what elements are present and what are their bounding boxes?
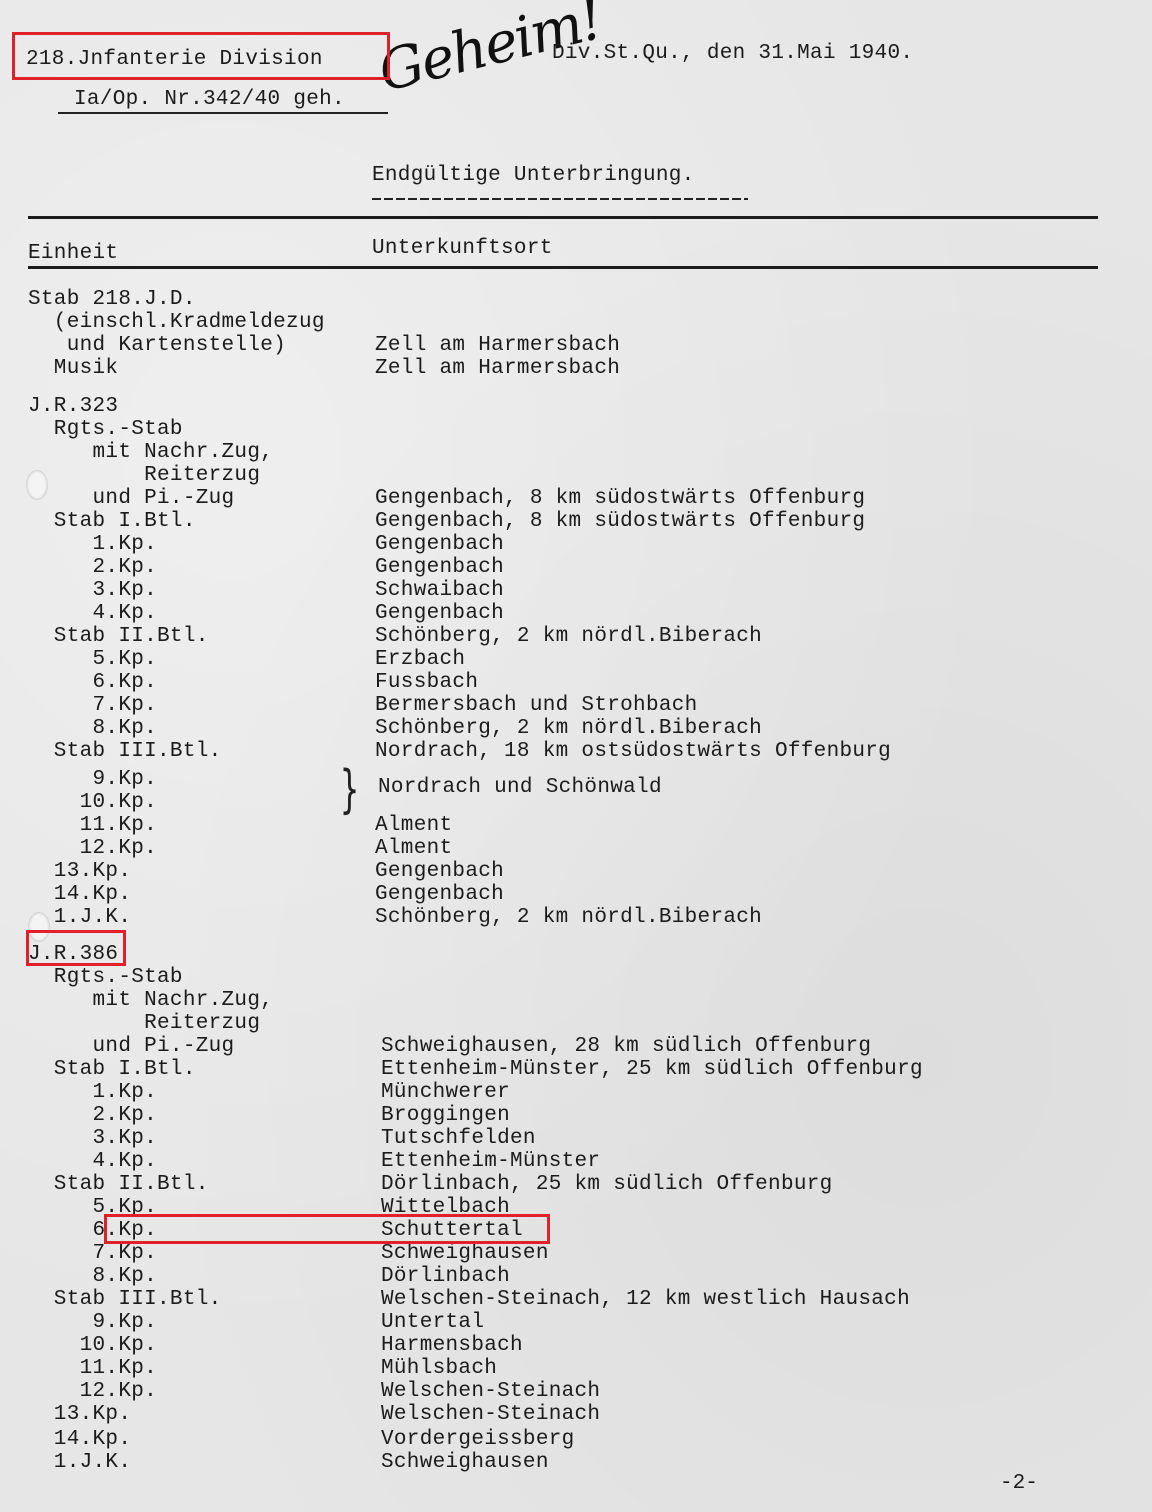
table-row-location: Erzbach: [375, 648, 465, 671]
table-row-unit: 11.Kp.: [28, 814, 157, 837]
table-row-location: Zell am Harmersbach: [375, 334, 620, 357]
table-row-location: Gengenbach: [375, 602, 504, 625]
table-row-location: Fussbach: [375, 671, 478, 694]
table-row-unit: Reiterzug: [28, 464, 260, 487]
table-row-location: Mühlsbach: [381, 1357, 497, 1380]
document-page: 218.Jnfanterie Division Ia/Op. Nr.342/40…: [0, 0, 1152, 1512]
table-row-unit: Reiterzug: [28, 1012, 260, 1035]
table-row-location: Schweighausen: [381, 1242, 549, 1265]
table-row-unit: mit Nachr.Zug,: [28, 989, 273, 1012]
brace-bracket: }: [340, 764, 360, 816]
table-row-location: Nordrach, 18 km ostsüdostwärts Offenburg: [375, 740, 891, 763]
highlight-division: [12, 32, 390, 80]
table-row-location: Alment: [375, 837, 452, 860]
table-row-location: Bermersbach und Strohbach: [375, 694, 698, 717]
table-row-location: Alment: [375, 814, 452, 837]
table-row-location: Vordergeissberg: [381, 1428, 575, 1451]
table-row-location: Welschen-Steinach, 12 km westlich Hausac…: [381, 1288, 910, 1311]
table-top-rule: [28, 216, 1098, 219]
table-row-unit: 10.Kp.: [28, 1334, 157, 1357]
table-row-unit: Stab 218.J.D.: [28, 288, 196, 311]
table-row-location: Schwaibach: [375, 579, 504, 602]
title-dashed-underline: [372, 198, 748, 200]
page-number: -2-: [1000, 1472, 1038, 1495]
table-row-location: Dörlinbach, 25 km südlich Offenburg: [381, 1173, 833, 1196]
table-row-unit: 9.Kp.: [28, 768, 157, 791]
table-row-location: Gengenbach: [375, 533, 504, 556]
column-header-location: Unterkunftsort: [372, 237, 553, 260]
table-header-rule: [28, 266, 1098, 269]
table-row-location: Münchwerer: [381, 1081, 510, 1104]
table-row-unit: 11.Kp.: [28, 1357, 157, 1380]
table-row-location: Schweighausen: [381, 1451, 549, 1474]
table-row-unit: 12.Kp.: [28, 1380, 157, 1403]
reference-underline: [58, 112, 388, 114]
table-row-unit: 13.Kp.: [28, 860, 131, 883]
table-row-unit: und Pi.-Zug: [28, 1035, 234, 1058]
table-row-location: Dörlinbach: [381, 1265, 510, 1288]
table-row-unit: 3.Kp.: [28, 579, 157, 602]
table-row-unit: 12.Kp.: [28, 837, 157, 860]
table-row-location: Welschen-Steinach: [381, 1403, 600, 1426]
punch-hole: [26, 470, 48, 500]
table-row-location: Schweighausen, 28 km südlich Offenburg: [381, 1035, 871, 1058]
table-row-unit: und Kartenstelle): [28, 334, 286, 357]
reference-number: Ia/Op. Nr.342/40 geh.: [74, 88, 345, 111]
column-header-unit: Einheit: [28, 242, 118, 265]
table-row-unit: und Pi.-Zug: [28, 487, 234, 510]
table-row-unit: 4.Kp.: [28, 602, 157, 625]
table-row-unit: mit Nachr.Zug,: [28, 441, 273, 464]
table-row-unit: 6.Kp.: [28, 671, 157, 694]
table-row-unit: 8.Kp.: [28, 1265, 157, 1288]
table-row-location: Harmensbach: [381, 1334, 523, 1357]
table-row-unit: 4.Kp.: [28, 1150, 157, 1173]
table-row-unit: 8.Kp.: [28, 717, 157, 740]
table-row-unit: Stab I.Btl.: [28, 1058, 196, 1081]
table-row-unit: Rgts.-Stab: [28, 418, 183, 441]
table-row-location: Tutschfelden: [381, 1127, 536, 1150]
table-row-unit: 3.Kp.: [28, 1127, 157, 1150]
table-row-location: Ettenheim-Münster: [381, 1150, 600, 1173]
place-date: Div.St.Qu., den 31.Mai 1940.: [552, 42, 913, 65]
table-row-location: Schönberg, 2 km nördl.Biberach: [375, 625, 762, 648]
table-row-unit: 14.Kp.: [28, 883, 131, 906]
table-row-unit: 1.Kp.: [28, 1081, 157, 1104]
table-row-location: Broggingen: [381, 1104, 510, 1127]
table-row-location: Untertal: [381, 1311, 484, 1334]
table-row-location: Schönberg, 2 km nördl.Biberach: [375, 906, 762, 929]
document-title: Endgültige Unterbringung.: [372, 164, 695, 187]
table-row-unit: Musik: [28, 357, 118, 380]
table-row-unit: 7.Kp.: [28, 1242, 157, 1265]
table-row-unit: Stab II.Btl.: [28, 625, 209, 648]
table-row-location: Ettenheim-Münster, 25 km südlich Offenbu…: [381, 1058, 923, 1081]
table-row-location: Welschen-Steinach: [381, 1380, 600, 1403]
table-row-unit: 1.Kp.: [28, 533, 157, 556]
table-row-unit: Stab III.Btl.: [28, 1288, 222, 1311]
table-row-location: Gengenbach, 8 km südostwärts Offenburg: [375, 487, 865, 510]
highlight-6kp-schuttertal: [104, 1214, 550, 1244]
table-row-unit: 14.Kp.: [28, 1428, 131, 1451]
table-row-unit: 13.Kp.: [28, 1403, 131, 1426]
table-row-unit: 9.Kp.: [28, 1311, 157, 1334]
table-row-unit: Stab I.Btl.: [28, 510, 196, 533]
table-row-location: Gengenbach: [375, 556, 504, 579]
table-row-location: Schönberg, 2 km nördl.Biberach: [375, 717, 762, 740]
table-row-unit: (einschl.Kradmeldezug: [28, 311, 325, 334]
table-row-location: Gengenbach: [375, 883, 504, 906]
table-row-unit: 10.Kp.: [28, 791, 157, 814]
table-row-unit: Stab III.Btl.: [28, 740, 222, 763]
table-row-location: Gengenbach, 8 km südostwärts Offenburg: [375, 510, 865, 533]
table-row-unit: 2.Kp.: [28, 556, 157, 579]
table-row-unit: 5.Kp.: [28, 648, 157, 671]
table-row-unit: 7.Kp.: [28, 694, 157, 717]
table-row-location: Zell am Harmersbach: [375, 357, 620, 380]
brace-location: Nordrach und Schönwald: [378, 776, 662, 799]
table-row-unit: 2.Kp.: [28, 1104, 157, 1127]
table-row-unit: 1.J.K.: [28, 1451, 131, 1474]
table-row-unit: Rgts.-Stab: [28, 966, 183, 989]
highlight-jr386: [26, 930, 126, 966]
table-row-location: Gengenbach: [375, 860, 504, 883]
table-row-unit: J.R.323: [28, 395, 118, 418]
table-row-unit: Stab II.Btl.: [28, 1173, 209, 1196]
